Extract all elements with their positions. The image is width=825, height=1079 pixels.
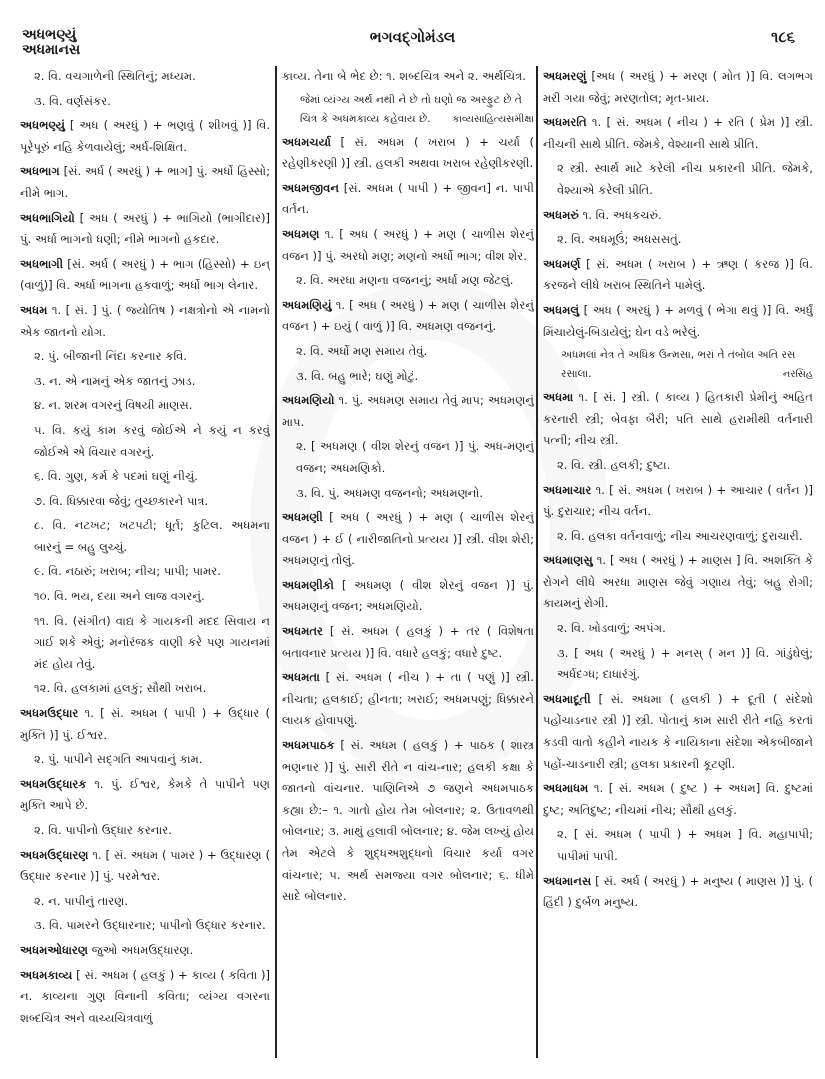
headword: અધમઓધારણ [20,943,88,957]
sense-definition: ૨ સ્ત્રી. સ્વાર્થ માટે કરેલી નીચ પ્રકારન… [543,158,813,201]
sense-definition: ૬. વિ. ગુણ, કર્મ કે પદમાં ઘણું નીચું. [20,466,270,488]
headword: અધમાચાર [543,483,591,497]
continued-text: કાવ્ય. તેના બે ભેદ છે: ૧. શબ્દચિત્ર અને … [282,66,534,88]
headword: અધમાણસુ [543,553,593,567]
sense-definition: ૧૨. વિ. હલકામાં હલકું; સૌથી ખરાબ. [20,678,270,700]
sense-definition: ૨. વિ. સ્ત્રી. હલકી; દુષ્ટા. [543,455,813,477]
dictionary-entry: અધમણી [ અધ ( અરધું ) + મણ ( ચાળીસ શેરનું… [282,507,534,572]
sense-definition: ૩. વિ. પામરને ઉદ્ધારનાર; પાપીનો ઉદ્ધાર ક… [20,915,270,937]
sense-definition: ૨. વિ. હલકા વર્તનવાળું; નીચ આચરણવાળું; દ… [543,526,813,548]
dictionary-entry: અધમરતિ ૧. [ સં. અધમ ( નીચ ) + રતિ ( પ્રે… [543,112,813,155]
headword: અધમચર્યા [282,135,331,149]
sense-definition: ૩. વિ. વર્ણસંકર. [20,91,270,113]
dictionary-entry: અધમાદૂતી [ સં. અધમા ( હલકી ) + દૂતી ( સં… [543,689,813,775]
sense-definition: ૨. [ અધમણ ( વીશ શેરનું વજન )] પું. અધ-મણ… [282,436,534,479]
headword: અધમાનસ [543,874,591,888]
headword: અધમણી [282,510,323,524]
column-right: અધમરણું [અધ ( અરધું ) + મરણ ( મોત )] વિ.… [543,66,813,1056]
sense-definition: ૩. ન. એ નામનું એક જાતનું ઝાડ. [20,371,270,393]
dictionary-entry: અધમર્ણ [ સં. અધમ ( ખરાબ ) + ઋણ ( કરજ )] … [543,254,813,297]
dictionary-entry: અધમતર [ સં. અધમ ( હલકું ) + તર ( વિશેષતા… [282,621,534,664]
citation-quote: જેમાં વ્યંગ્ય અર્થ નથી ને છે તો ઘણો જ અસ… [282,91,534,129]
sense-definition: ૩. [ અધ ( અરધું ) + મનસ્ ( મન )] વિ. ગાં… [543,643,813,686]
dictionary-title: ભગવદ્ગોમંડલ [22,28,803,46]
dictionary-entry: અધમઉદ્ધારક ૧. પું. ઈશ્વર, કેમકે તે પાપીન… [20,774,270,817]
headword: અધમણ [282,227,319,241]
dictionary-entry: અધમચર્યા [ સં. અધમ ( ખરાબ ) + ચર્યા ( રહ… [282,132,534,175]
headword: અધમર્ણ [543,257,580,271]
quote-source: નરસિંહ [783,365,813,384]
column-left: ૨. વિ. વચગાળેની સ્થિતિનું; મધ્યમ.૩. વિ. … [20,66,270,1056]
dictionary-columns: ૨. વિ. વચગાળેની સ્થિતિનું; મધ્યમ.૩. વિ. … [20,66,810,1061]
definition-text: [ સં. અધમ ( નીચ ) + તા ( પણું )] સ્ત્રી.… [282,670,534,727]
quote-source: કાવ્યસાહિત્યસમીક્ષા [452,110,534,129]
column-middle: કાવ્ય. તેના બે ભેદ છે: ૧. શબ્દચિત્ર અને … [282,66,534,1056]
dictionary-entry: અધમરણું [અધ ( અરધું ) + મરણ ( મોત )] વિ.… [543,66,813,109]
definition-text: ૧. [ સં. ] પું. ( જ્યોતિષ ) નક્ષત્રોનો એ… [20,303,270,339]
headword: અધમઉદ્ધારણ [20,848,89,862]
sense-definition: ૩. વિ. પું. અધમણ વજનનો; અધમણનો. [282,483,534,505]
dictionary-entry: અધમપાઠક [ સં. અધમ ( હલકું ) + પાઠક ( શાસ… [282,735,534,908]
sense-definition: ૪. ન. શરમ વગરનું વિષયી માણસ. [20,395,270,417]
dictionary-entry: અધમલું [ અધ ( અરધું ) + મળવું ( ભેગા થવુ… [543,300,813,343]
dictionary-entry: અધમાણસુ ૧. [ અધ ( અરધું ) + માણસ ] વિ. અ… [543,550,813,615]
sense-definition: ૨. વિ. વચગાળેની સ્થિતિનું; મધ્યમ. [20,66,270,88]
headword: અધમતર [282,624,323,638]
sense-definition: ૨. વિ. પાપીનો ઉદ્ધાર કરનાર. [20,820,270,842]
dictionary-entry: અધભણ્યું [ અધ ( અરધું ) + ભણવું ( શીખવું… [20,115,270,158]
headword: અધમતા [282,670,320,684]
headword: અધમલું [543,303,579,317]
sense-definition: ૨. વિ. અધમૂઉં; અધસસતું. [543,229,813,251]
dictionary-entry: અધમાનસ [ સં. અર્ધ ( અરધું ) + મનુષ્ય ( મ… [543,871,813,914]
headword: અધમકાવ્ય [20,968,72,982]
citation-quote: અધમલાં નેત્ર તે અધિક ઉન્મસા, ભરાં તે તંબ… [543,346,813,384]
sense-definition: ૧૦. વિ. ભય, દયા અને લાજ વગરનું. [20,586,270,608]
headword: અધભાગિયો [20,211,75,225]
headword: અધમણીકો [282,578,334,592]
sense-definition: ૨. ન. પાપીનું તારણ. [20,891,270,913]
dictionary-entry: અધમઉદ્ધાર ૧. [ સં. અધમ ( પાપી ) + ઉદ્ધાર… [20,703,270,746]
definition-text: ૧. [ અધ ( અરધું ) + મણ ( ચાળીસ શેરનું વજ… [282,227,534,263]
headword: અધભાગ [20,164,60,178]
dictionary-entry: અધમકાવ્ય [ સં. અધમ ( હલકું ) + કાવ્ય ( ક… [20,965,270,1030]
dictionary-entry: અધમણીકો [ અધમણ ( વીશ શેરનું વજન )] પું. … [282,575,534,618]
dictionary-entry: અધમણિયું ૧. [ અધ ( અરધું ) + મણ ( ચાળીસ … [282,295,534,338]
sense-definition: ૨. પું. બીજાની નિંદા કરનાર કવિ. [20,346,270,368]
column-divider [536,66,538,1058]
dictionary-entry: અધભાગી [સં. અર્ધ ( અરધું ) + ભાગ (હિસ્સો… [20,254,270,297]
headword: અધમ [20,303,47,317]
dictionary-entry: અધભાગ [સં. અર્ધ ( અરધું ) + ભાગ] પું. અર… [20,161,270,204]
dictionary-entry: અધમરું ૧. વિ. અધકચરું. [543,205,813,227]
sense-definition: ૨. વિ. અરધા મણના વજનનું; અર્ધા મણ જેટલું… [282,270,534,292]
headword: અધમરણું [543,69,586,83]
definition-text: જુઓ અધમઉદ્ધારણ. [88,943,193,957]
definition-text: ૧. વિ. અધકચરું. [579,208,662,222]
headword: અધમરતિ [543,115,587,129]
column-divider [275,66,277,1058]
dictionary-entry: અધમઓધારણ જુઓ અધમઉદ્ધારણ. [20,940,270,962]
headword: અધમાદૂતી [543,692,591,706]
quote-text: અધમલાં નેત્ર તે અધિક ઉન્મસા, ભરાં તે તંબ… [561,349,796,380]
sense-definition: ૯. વિ. નઠારું; ખરાબ; નીચ; પાપી; પામર. [20,561,270,583]
headword: અધમણિયું [282,298,332,312]
dictionary-entry: અધમાધમ ૧. [ સં. અધમ ( દુષ્ટ ) + અધમ] વિ.… [543,778,813,821]
headword: અધમજીવન [282,181,339,195]
definition-text: [ સં. અધમ ( ખરાબ ) + ઋણ ( કરજ )] વિ. કરજ… [543,257,813,293]
sense-definition: ૫. વિ. કયું કામ કરવું જોઈએ ને કયું ન કરવ… [20,420,270,463]
page-number: ૧૮૬ [771,28,795,46]
definition-text: [ અધ ( અરધું ) + મળવું ( ભેગા થવું )] વિ… [543,303,813,339]
dictionary-entry: અધમા ૧. [ સં. ] સ્ત્રી. ( કાવ્ય ) હિતકાર… [543,387,813,452]
dictionary-entry: અધભાગિયો [ અધ ( અરધું ) + ભાગિયો (ભાગીદા… [20,208,270,251]
sense-definition: ૧૧. વિ. (સંગીત) વાદ્ય કે ગાયકની મદદ સિવા… [20,611,270,676]
page-header: અધભણ્યું અધમાનસ ભગવદ્ગોમંડલ ૧૮૬ [22,28,803,56]
headword: અધમા [543,390,573,404]
headword: અધભણ્યું [20,118,65,132]
dictionary-entry: અધમણિયો ૧. પું. અધમણ સમાય તેવું માપ; અધમ… [282,390,534,433]
dictionary-entry: અધમઉદ્ધારણ ૧. [ સં. અધમ ( પામર ) + ઉદ્ધા… [20,845,270,888]
sense-definition: ૮. વિ. નટખટ; ખટપટી; ધૂર્ત; કુટિલ. અધમના … [20,515,270,558]
headword: અધમપાઠક [282,738,335,752]
sense-definition: ૨. [ સં. અધમ ( પાપી ) + અધમ ] વિ. મહાપાપ… [543,824,813,867]
sense-definition: ૩. વિ. બહુ ભારે; ઘણું મોટું. [282,366,534,388]
dictionary-entry: અધમ ૧. [ સં. ] પું. ( જ્યોતિષ ) નક્ષત્રો… [20,300,270,343]
headword: અધમાધમ [543,781,588,795]
dictionary-entry: અધમાચાર ૧. [ સં. અધમ ( ખરાબ ) + આચાર ( વ… [543,480,813,523]
dictionary-entry: અધમજીવન [સં. અધમ ( પાપી ) + જીવન] ન. પાપ… [282,178,534,221]
definition-text: ૧. [ સં. ] સ્ત્રી. ( કાવ્ય ) હિતકારી પ્ર… [543,390,813,447]
sense-definition: ૨. વિ. ખોડવાળું; અપંગ. [543,618,813,640]
headword: અધમરું [543,208,579,222]
headword: અધમઉદ્ધાર [20,706,78,720]
sense-definition: ૨. વિ. અર્ધો મણ સમાય તેવું. [282,341,534,363]
headword: અધમણિયો [282,393,335,407]
dictionary-entry: અધમતા [ સં. અધમ ( નીચ ) + તા ( પણું )] સ… [282,667,534,732]
sense-definition: ૨. પું. પાપીને સદ્ગતિ આપવાનું કામ. [20,749,270,771]
headword: અધભાગી [20,257,63,271]
dictionary-entry: અધમણ ૧. [ અધ ( અરધું ) + મણ ( ચાળીસ શેરન… [282,224,534,267]
headword: અધમઉદ્ધારક [20,777,87,791]
sense-definition: ૭. વિ. ધિક્કારવા જેવું; તુચ્છકારને પાત્ર… [20,491,270,513]
definition-text: [ સં. અધમ ( હલકું ) + પાઠક ( શાસ્ત્ર ભણન… [282,738,534,903]
